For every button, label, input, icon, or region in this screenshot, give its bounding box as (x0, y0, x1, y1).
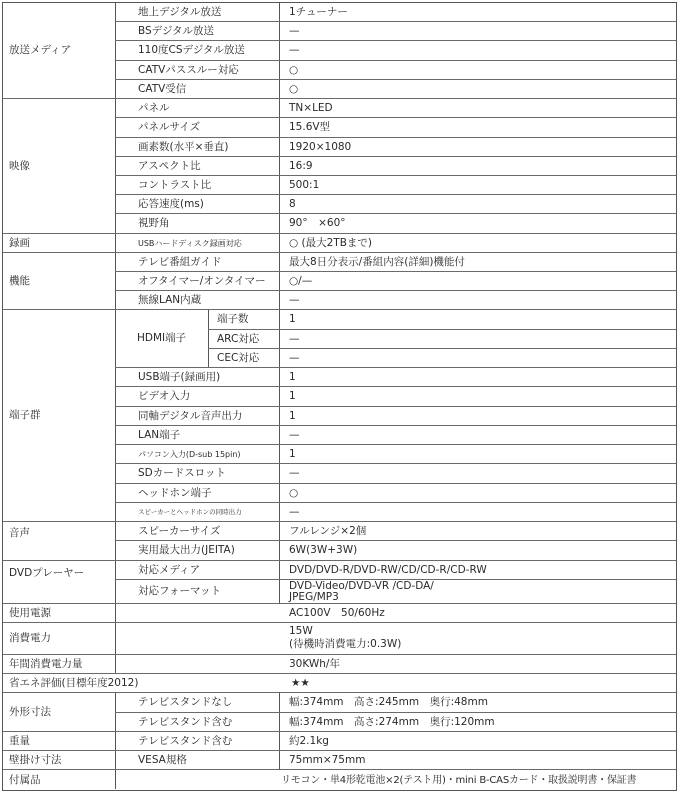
row-value: 16:9 (289, 157, 313, 175)
value-line: 15W (289, 625, 401, 638)
row-label: アスペクト比 (138, 157, 201, 175)
value-line: (待機時消費電力:0.3W) (289, 638, 401, 651)
row-value: — (289, 349, 300, 367)
row-value: 1 (289, 310, 296, 329)
category-dvd: DVDプレーヤー (9, 561, 114, 603)
category-energy-rating: 省エネ評価(目標年度2012) (9, 674, 138, 692)
row-value: — (289, 426, 300, 444)
category-accessories: 付属品 (9, 770, 41, 790)
row-label: USB端子(録画用) (138, 368, 220, 386)
row-value: — (289, 291, 300, 309)
row-value: — (289, 41, 300, 60)
row-value: 幅:374mm 高さ:245mm 奥行:48mm (289, 693, 488, 712)
category-terminals: 端子群 (9, 310, 114, 521)
row-value: 1 (289, 387, 296, 406)
row-label: BSデジタル放送 (138, 22, 214, 40)
row-value: DVD/DVD-R/DVD-RW/CD/CD-R/CD-RW (289, 561, 487, 579)
row-value: — (289, 464, 300, 483)
row-label: SDカードスロット (138, 464, 226, 483)
row-value: 90° ×60° (289, 214, 346, 233)
row-label: テレビ番組ガイド (138, 253, 221, 271)
row-value: — (289, 330, 300, 348)
row-value: 1 (289, 368, 296, 386)
row-label: USBハードディスク録画対応 (138, 234, 242, 252)
row-value: AC100V 50/60Hz (289, 604, 385, 622)
row-label: 対応メディア (138, 561, 200, 579)
row-value: リモコン・単4形乾電池×2(テスト用)・mini B-CASカード・取扱説明書・… (281, 770, 636, 790)
divider (208, 329, 676, 330)
row-label: ビデオ入力 (138, 387, 190, 406)
category-recording: 録画 (9, 234, 30, 252)
row-label: LAN端子 (138, 426, 180, 444)
category-annual-power: 年間消費電力量 (9, 655, 83, 673)
row-label: 視野角 (138, 214, 170, 233)
row-value: 幅:374mm 高さ:274mm 奥行:120mm (289, 713, 495, 731)
row-label: 対応フォーマット (138, 580, 221, 603)
row-value: フルレンジ×2個 (289, 522, 366, 540)
row-value: 15W (待機時消費電力:0.3W) (289, 625, 401, 651)
row-label: スピーカーサイズ (138, 522, 221, 540)
row-label: オフタイマー/オンタイマー (138, 272, 266, 290)
divider (115, 3, 116, 603)
divider (115, 603, 116, 673)
row-label: テレビスタンド含む (138, 732, 232, 750)
row-value: 15.6V型 (289, 118, 330, 137)
row-label: パネル (138, 99, 170, 117)
row-label: 画素数(水平×垂直) (138, 138, 229, 156)
row-value: 30KWh/年 (289, 655, 340, 673)
row-label: テレビスタンド含む (138, 713, 232, 731)
row-value: — (289, 503, 300, 521)
row-value: 1 (289, 445, 296, 463)
row-value: TN×LED (289, 99, 333, 117)
row-label: 地上デジタル放送 (138, 3, 221, 21)
row-label: ヘッドホン端子 (138, 484, 212, 502)
row-label: ARC対応 (217, 330, 259, 348)
divider (115, 692, 116, 789)
spec-table: 放送メディア 地上デジタル放送 1チューナー BSデジタル放送 — 110度CS… (2, 2, 677, 791)
row-value: 8 (289, 195, 296, 213)
category-video: 映像 (9, 99, 114, 233)
row-label: パネルサイズ (138, 118, 200, 137)
row-value: 6W(3W+3W) (289, 541, 357, 560)
row-value: 1 (289, 407, 296, 425)
row-value: ○ (289, 80, 298, 98)
row-value: 75mm×75mm (289, 751, 365, 769)
category-dimensions: 外形寸法 (9, 693, 114, 731)
row-label: 実用最大出力(JEITA) (138, 541, 235, 560)
row-value: ○/— (289, 272, 312, 290)
category-weight: 重量 (9, 732, 30, 750)
row-value: 約2.1kg (289, 732, 329, 750)
row-value: ○ (289, 61, 298, 79)
category-power-supply: 使用電源 (9, 604, 51, 622)
row-value: 500:1 (289, 176, 319, 194)
row-label: 応答速度(ms) (138, 195, 204, 213)
category-power-consumption: 消費電力 (9, 623, 51, 654)
category-broadcast: 放送メディア (9, 3, 114, 98)
row-label: CEC対応 (217, 349, 259, 367)
divider (279, 3, 280, 603)
row-value: — (289, 22, 300, 40)
row-label: コントラスト比 (138, 176, 211, 194)
category-wall-mount: 壁掛け寸法 (9, 751, 62, 769)
category-audio: 音声 (9, 522, 114, 560)
row-label: VESA規格 (138, 751, 187, 769)
row-label: パソコン入力(D-sub 15pin) (138, 445, 241, 463)
row-label: 無線LAN内蔵 (138, 291, 201, 309)
row-label: 110度CSデジタル放送 (138, 41, 245, 60)
row-value: 1チューナー (289, 3, 348, 21)
divider (208, 348, 676, 349)
category-features: 機能 (9, 253, 114, 309)
row-label: 同軸デジタル音声出力 (138, 407, 242, 425)
row-value: DVD-Video/DVD-VR /CD-DA/ JPEG/MP3 (289, 581, 434, 603)
row-label: CATV受信 (138, 80, 186, 98)
star-rating: ★★ (291, 674, 310, 692)
value-line: JPEG/MP3 (289, 592, 434, 603)
row-value: ○ (289, 484, 298, 502)
hdmi-label: HDMI端子 (137, 310, 186, 367)
row-label: 端子数 (217, 310, 249, 329)
row-label: スピーカーとヘッドホンの同時出力 (138, 503, 242, 521)
row-value: 1920×1080 (289, 138, 351, 156)
row-value: 最大8日分表示/番組内容(詳細)機能付 (289, 253, 465, 271)
row-value: ○ (最大2TBまで) (289, 234, 372, 252)
row-label: テレビスタンドなし (138, 693, 232, 712)
divider (208, 309, 209, 367)
row-label: CATVパススルー対応 (138, 61, 239, 79)
